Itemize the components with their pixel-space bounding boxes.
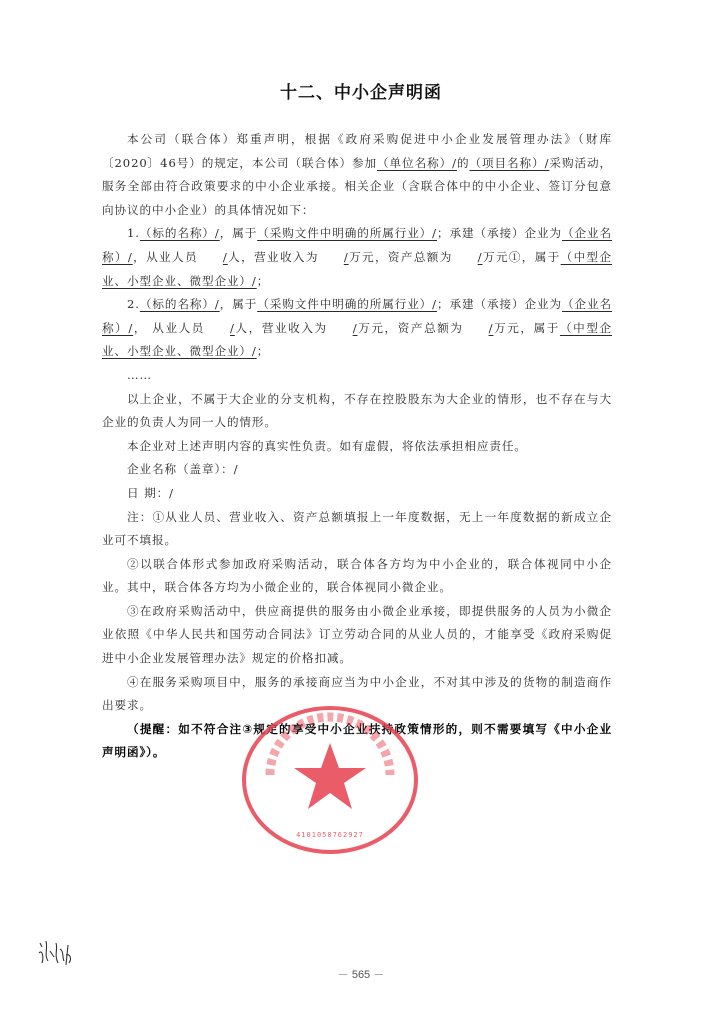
item-2: 2.（标的名称）/，属于（采购文件中明确的所属行业）/；承建（承接）企业为（企业… <box>102 293 612 364</box>
label: ；承建（承接）企业为 <box>437 226 562 240</box>
project-name-field: （项目名称）/ <box>469 156 549 170</box>
label: ， 从业人员 <box>133 321 205 335</box>
item-1: 1.（标的名称）/，属于（采购文件中明确的所属行业）/；承建（承接）企业为（企业… <box>102 222 612 293</box>
seal-code: 4101050762927 <box>296 831 364 839</box>
revenue-field: / <box>328 317 358 341</box>
assets-field: / <box>453 246 483 270</box>
document-page: 十二、中小企声明函 本公司（联合体）郑重声明，根据《政府采购促进中小企业发展管理… <box>0 0 722 1023</box>
label: ； <box>257 344 270 358</box>
intro-paragraph: 本公司（联合体）郑重声明，根据《政府采购促进中小企业发展管理办法》（财库〔202… <box>102 128 612 222</box>
label: ，从业人员 <box>133 250 198 264</box>
label: 人，营业收入为 <box>235 321 328 335</box>
note-3: ③在政府采购活动中，供应商提供的服务由小微企业承接，即提供服务的人员为小微企业依… <box>102 600 612 671</box>
statement-not-branch: 以上企业，不属于大企业的分支机构，不存在控股股东为大企业的情形，也不存在与大企业… <box>102 388 612 435</box>
industry-field: （采购文件中明确的所属行业）/ <box>257 226 437 240</box>
seal-stamp-icon: 4101050762927 <box>240 705 420 855</box>
intro-text: 的 <box>457 156 470 170</box>
staff-field: / <box>198 246 228 270</box>
note-2: ②以联合体形式参加政府采购活动，联合体各方均为中小企业的，联合体视同中小企业。其… <box>102 553 612 600</box>
company-name-line: 企业名称（盖章）：/ <box>102 458 612 482</box>
note-1: 注：①从业人员、营业收入、资产总额填报上一年度数据，无上一年度数据的新成立企业可… <box>102 506 612 553</box>
label: 万元①，属于 <box>482 250 560 264</box>
ellipsis: …… <box>102 364 612 388</box>
label: 万元，属于 <box>493 321 560 335</box>
label: 人，营业收入为 <box>228 250 319 264</box>
label: ；承建（承接）企业为 <box>437 297 562 311</box>
assets-field: / <box>464 317 494 341</box>
page-number: － 565 － <box>0 966 722 982</box>
date-line: 日 期：/ <box>102 482 612 506</box>
statement-responsibility: 本企业对上述声明内容的真实性负责。如有虚假，将依法承担相应责任。 <box>102 435 612 459</box>
industry-field: （采购文件中明确的所属行业）/ <box>257 297 437 311</box>
subject-field: （标的名称）/ <box>140 297 220 311</box>
item-number: 2. <box>127 297 140 311</box>
staff-field: / <box>205 317 235 341</box>
item-number: 1. <box>127 226 140 240</box>
label: ； <box>257 274 270 288</box>
page-title: 十二、中小企声明函 <box>0 78 722 103</box>
company-seal: 4101050762927 <box>240 705 420 855</box>
label: ，属于 <box>220 297 258 311</box>
revenue-field: / <box>319 246 349 270</box>
document-body: 本公司（联合体）郑重声明，根据《政府采购促进中小企业发展管理办法》（财库〔202… <box>102 128 612 765</box>
unit-name-field: （单位名称）/ <box>377 156 457 170</box>
label: ，属于 <box>220 226 258 240</box>
subject-field: （标的名称）/ <box>140 226 220 240</box>
label: 万元，资产总额为 <box>358 321 464 335</box>
label: 万元，资产总额为 <box>349 250 453 264</box>
